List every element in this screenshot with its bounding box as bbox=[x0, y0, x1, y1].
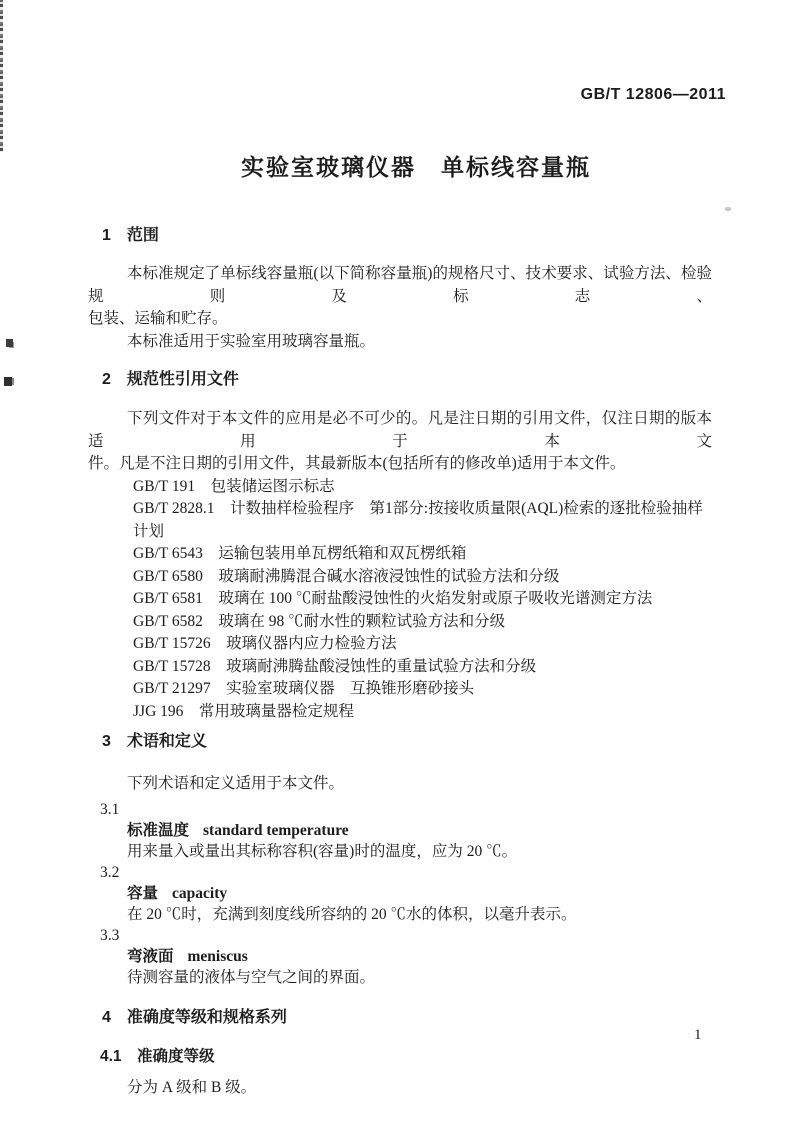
document-body: 1 范围 本标准规定了单标线容量瓶(以下简称容量瓶)的规格尺寸、技术要求、试验方… bbox=[88, 0, 712, 1099]
accuracy-paragraph: 分为 A 级和 B 级。 bbox=[127, 1077, 712, 1100]
term-name-zh: 容量 bbox=[127, 885, 158, 902]
reference-item: GB/T 2828.1 计数抽样检验程序 第1部分:按接收质量限(AQL)检索的… bbox=[133, 498, 712, 543]
term-definition: 用来量入或量出其标称容积(容量)时的温度，应为 20 ℃。 bbox=[127, 841, 712, 862]
term-definition: 在 20 ℃时，充满到刻度线所容纳的 20 ℃水的体积，以毫升表示。 bbox=[127, 904, 712, 925]
normative-paragraph-line: 下列文件对于本文件的应用是必不可少的。凡是注日期的引用文件，仅注日期的版本适用于… bbox=[88, 408, 712, 453]
term-item: 3.1 标准温度standard temperature 用来量入或量出其标称容… bbox=[88, 799, 712, 862]
reference-item: GB/T 191 包装储运图示标志 bbox=[133, 476, 712, 499]
term-name-en: meniscus bbox=[188, 948, 248, 965]
section-1-heading: 1 范围 bbox=[102, 225, 712, 247]
terms-list: 3.1 标准温度standard temperature 用来量入或量出其标称容… bbox=[88, 799, 712, 988]
term-item: 3.3 弯液面meniscus 待测容量的液体与空气之间的界面。 bbox=[88, 925, 712, 988]
section-4-1-heading: 4.1 准确度等级 bbox=[100, 1046, 712, 1068]
document-page: GB/T 12806—2011 实验室玻璃仪器 单标线容量瓶 1 范围 本标准规… bbox=[0, 0, 792, 1122]
reference-item: GB/T 15726 玻璃仪器内应力检验方法 bbox=[133, 633, 712, 656]
term-name-zh: 标准温度 bbox=[127, 822, 189, 839]
reference-item: GB/T 6580 玻璃耐沸腾混合碱水溶液浸蚀性的试验方法和分级 bbox=[133, 566, 712, 589]
reference-item: GB/T 6582 玻璃在 98 ℃耐水性的颗粒试验方法和分级 bbox=[133, 611, 712, 634]
term-item: 3.2 容量capacity 在 20 ℃时，充满到刻度线所容纳的 20 ℃水的… bbox=[88, 862, 712, 925]
scope-paragraph-line: 本标准规定了单标线容量瓶(以下简称容量瓶)的规格尺寸、技术要求、试验方法、检验规… bbox=[88, 263, 712, 308]
section-4-heading: 4 准确度等级和规格系列 bbox=[102, 1007, 712, 1029]
term-number: 3.3 bbox=[100, 925, 712, 946]
scan-artifact-edge bbox=[0, 0, 3, 152]
term-name-en: standard temperature bbox=[203, 822, 349, 839]
reference-item: JJG 196 常用玻璃量器检定规程 bbox=[133, 701, 712, 724]
reference-item: GB/T 21297 实验室玻璃仪器 互换锥形磨砂接头 bbox=[133, 678, 712, 701]
reference-item: GB/T 6543 运输包装用单瓦楞纸箱和双瓦楞纸箱 bbox=[133, 543, 712, 566]
scope-paragraph-line: 包装、运输和贮存。 bbox=[88, 308, 712, 331]
term-definition: 待测容量的液体与空气之间的界面。 bbox=[127, 967, 712, 988]
term-number: 3.2 bbox=[100, 862, 712, 883]
section-3-heading: 3 术语和定义 bbox=[102, 731, 712, 753]
term-number: 3.1 bbox=[100, 799, 712, 820]
scan-artifact-speck bbox=[725, 207, 731, 211]
reference-item: GB/T 6581 玻璃在 100 ℃耐盐酸浸蚀性的火焰发射或原子吸收光谱测定方… bbox=[133, 588, 712, 611]
normative-paragraph-line: 件。凡是不注日期的引用文件，其最新版本(包括所有的修改单)适用于本文件。 bbox=[88, 453, 712, 476]
term-name: 标准温度standard temperature bbox=[127, 820, 712, 841]
terms-intro: 下列术语和定义适用于本文件。 bbox=[127, 773, 712, 796]
reference-item: GB/T 15728 玻璃耐沸腾盐酸浸蚀性的重量试验方法和分级 bbox=[133, 656, 712, 679]
term-name-en: capacity bbox=[172, 885, 227, 902]
reference-list: GB/T 191 包装储运图示标志 GB/T 2828.1 计数抽样检验程序 第… bbox=[88, 476, 712, 724]
term-name-zh: 弯液面 bbox=[127, 948, 174, 965]
term-name: 容量capacity bbox=[127, 883, 712, 904]
section-2-heading: 2 规范性引用文件 bbox=[102, 369, 712, 391]
term-name: 弯液面meniscus bbox=[127, 946, 712, 967]
scan-artifact-dot bbox=[6, 339, 13, 347]
page-number: 1 bbox=[694, 1026, 702, 1044]
scan-artifact-dot bbox=[4, 377, 12, 386]
scope-paragraph-line: 本标准适用于实验室用玻璃容量瓶。 bbox=[88, 331, 712, 354]
